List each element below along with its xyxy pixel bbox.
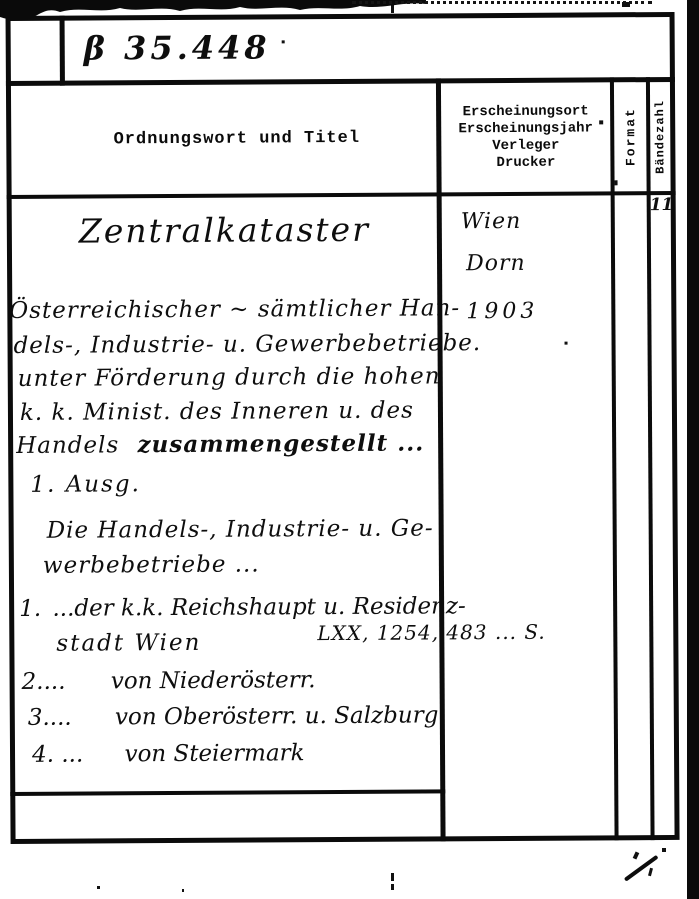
ink-speck bbox=[282, 40, 285, 43]
scan-dotted-edge bbox=[352, 1, 652, 4]
ink-speck bbox=[599, 120, 603, 124]
card-outer-border bbox=[6, 12, 680, 844]
ink-speck bbox=[97, 886, 100, 889]
catalog-card-scan: β 35.448 Ordnungswort und Titel Erschein… bbox=[0, 0, 699, 899]
ink-speck bbox=[391, 873, 394, 881]
scan-edge-band bbox=[687, 0, 699, 899]
ink-speck bbox=[182, 889, 184, 892]
scan-smudge-top bbox=[0, 0, 699, 30]
catalog-card: β 35.448 Ordnungswort und Titel Erschein… bbox=[0, 0, 699, 899]
ink-speck bbox=[615, 180, 618, 185]
check-slash-tick bbox=[662, 848, 666, 852]
ink-speck bbox=[391, 884, 394, 890]
ink-speck bbox=[565, 342, 568, 345]
